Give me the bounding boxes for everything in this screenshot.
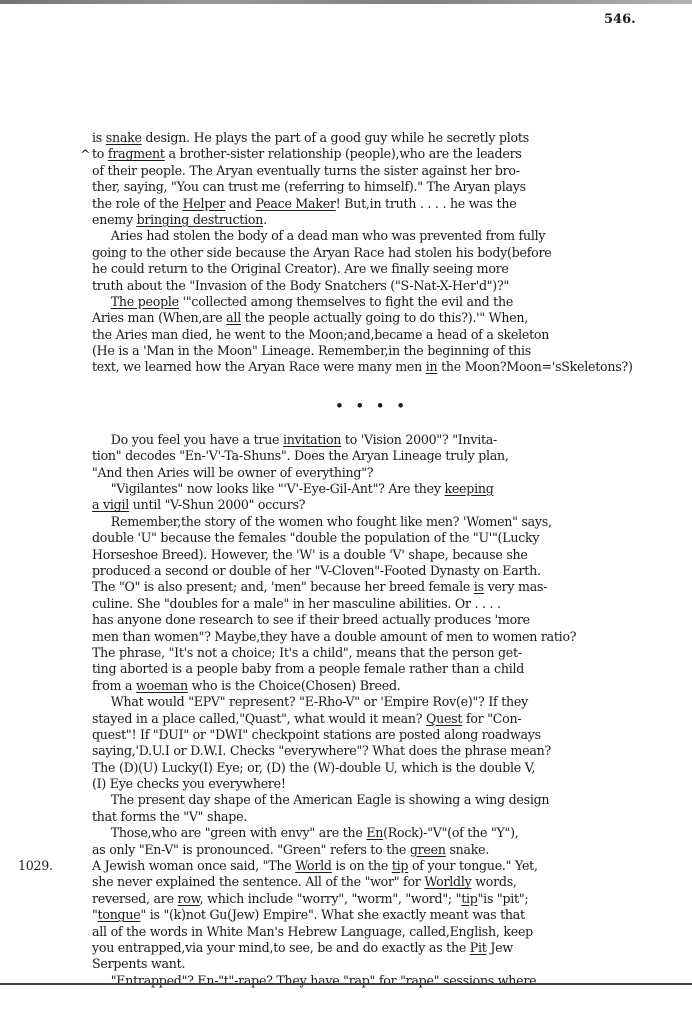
- text-line: What would "EPV" represent? "E-Rho-V" or…: [92, 694, 692, 710]
- text-line: saying,'D.U.I or D.W.I. Checks "everywhe…: [92, 743, 692, 759]
- text-line: she never explained the sentence. All of…: [92, 874, 692, 890]
- text-line: to fragment a brother-sister relationshi…: [92, 146, 692, 162]
- section-separator: • • • •: [92, 398, 692, 416]
- insertion-caret-mark: ^: [80, 147, 90, 163]
- paragraph-block-2: Do you feel you have a true invitation t…: [92, 432, 692, 858]
- text-line: Those,who are "green with envy" are the …: [92, 825, 692, 841]
- text-line: you entrapped,via your mind,to see, be a…: [92, 940, 692, 956]
- text-line: double 'U" because the females "double t…: [92, 530, 692, 546]
- underlined-word: tip: [461, 891, 477, 906]
- text-line: (I) Eye checks you everywhere!: [92, 776, 692, 792]
- text-line: ther, saying, "You can trust me (referri…: [92, 179, 692, 195]
- text-line: "Vigilantes" now looks like "'V'-Eye-Gil…: [92, 481, 692, 497]
- underlined-word: Pit: [470, 940, 487, 955]
- text-line: Serpents want.: [92, 956, 692, 972]
- underlined-word: En: [366, 825, 383, 840]
- scan-bottom-rule: [0, 983, 692, 985]
- text-line: culine. She "doubles for a male" in her …: [92, 596, 692, 612]
- text-line: from a woeman who is the Choice(Chosen) …: [92, 678, 692, 694]
- text-line: as only "En-V" is pronounced. "Green" re…: [92, 842, 692, 858]
- text-line: tion" decodes "En-'V'-Ta-Shuns". Does th…: [92, 448, 692, 464]
- text-line: stayed in a place called,"Quast", what w…: [92, 711, 692, 727]
- underlined-word: fragment: [108, 146, 165, 161]
- text-line: The people '"collected among themselves …: [92, 294, 692, 310]
- underlined-word: The people: [111, 294, 179, 309]
- underlined-word: in: [426, 359, 438, 374]
- text-line: The present day shape of the American Ea…: [92, 792, 692, 808]
- underlined-word: Peace Maker: [256, 196, 336, 211]
- text-line: The phrase, "It's not a choice; It's a c…: [92, 645, 692, 661]
- document-body: ^ is snake design. He plays the part of …: [92, 130, 692, 989]
- underlined-word: invitation: [283, 432, 341, 447]
- text-line: enemy bringing destruction.: [92, 212, 692, 228]
- text-line: "Entrapped"? En-"t"-rape? They have "rap…: [92, 973, 692, 989]
- underlined-word: tongue: [98, 907, 141, 922]
- item-number: 1029.: [18, 858, 53, 874]
- underlined-word: tip: [392, 858, 408, 873]
- text-line: (He is a 'Man in the Moon" Lineage. Reme…: [92, 343, 692, 359]
- text-line: going to the other side because the Arya…: [92, 245, 692, 261]
- text-line: a vigil until "V-Shun 2000" occurs?: [92, 497, 692, 513]
- text-line: The (D)(U) Lucky(I) Eye; or, (D) the (W)…: [92, 760, 692, 776]
- text-line: reversed, are row, which include "worry"…: [92, 891, 692, 907]
- underlined-word: all: [226, 310, 241, 325]
- text-line: ting aborted is a people baby from a peo…: [92, 661, 692, 677]
- text-line: that forms the "V" shape.: [92, 809, 692, 825]
- text-line: A Jewish woman once said, "The World is …: [92, 858, 692, 874]
- underlined-word: keeping: [444, 481, 493, 496]
- underlined-word: Quest: [426, 711, 462, 726]
- text-line: all of the words in White Man's Hebrew L…: [92, 924, 692, 940]
- text-line: he could return to the Original Creator)…: [92, 261, 692, 277]
- text-line: quest"! If "DUI" or "DWI" checkpoint sta…: [92, 727, 692, 743]
- numbered-item-1029: 1029. A Jewish woman once said, "The Wor…: [92, 858, 692, 989]
- text-line: Horseshoe Breed). However, the 'W' is a …: [92, 547, 692, 563]
- text-line: truth about the "Invasion of the Body Sn…: [92, 278, 692, 294]
- underlined-word: is: [474, 579, 484, 594]
- text-line: Do you feel you have a true invitation t…: [92, 432, 692, 448]
- text-line: Aries man (When,are all the people actua…: [92, 310, 692, 326]
- underlined-word: Worldly: [424, 874, 471, 889]
- page-number: 546.: [604, 12, 636, 27]
- underlined-word: a vigil: [92, 497, 129, 512]
- text-line: the Aries man died, he went to the Moon;…: [92, 327, 692, 343]
- text-line: "tongue" is "(k)not Gu(Jew) Empire". Wha…: [92, 907, 692, 923]
- scan-top-edge: [0, 0, 692, 4]
- underlined-word: woeman: [136, 678, 188, 693]
- underlined-word: green: [410, 842, 446, 857]
- text-line: "And then Aries will be owner of everyth…: [92, 465, 692, 481]
- underlined-word: World: [295, 858, 332, 873]
- text-line: of their people. The Aryan eventually tu…: [92, 163, 692, 179]
- text-line: has anyone done research to see if their…: [92, 612, 692, 628]
- underlined-word: snake: [106, 130, 142, 145]
- text-line: men than women"? Maybe,they have a doubl…: [92, 629, 692, 645]
- text-line: text, we learned how the Aryan Race were…: [92, 359, 692, 375]
- underlined-word: Helper: [183, 196, 226, 211]
- text-line: Aries had stolen the body of a dead man …: [92, 228, 692, 244]
- text-line: is snake design. He plays the part of a …: [92, 130, 692, 146]
- text-line: the role of the Helper and Peace Maker! …: [92, 196, 692, 212]
- text-line: Remember,the story of the women who foug…: [92, 514, 692, 530]
- paragraph-block-1: ^ is snake design. He plays the part of …: [92, 130, 692, 376]
- underlined-word: bringing destruction: [137, 212, 264, 227]
- underlined-word: row: [178, 891, 200, 906]
- text-line: The "O" is also present; and, 'men" beca…: [92, 579, 692, 595]
- text-line: produced a second or double of her "V-Cl…: [92, 563, 692, 579]
